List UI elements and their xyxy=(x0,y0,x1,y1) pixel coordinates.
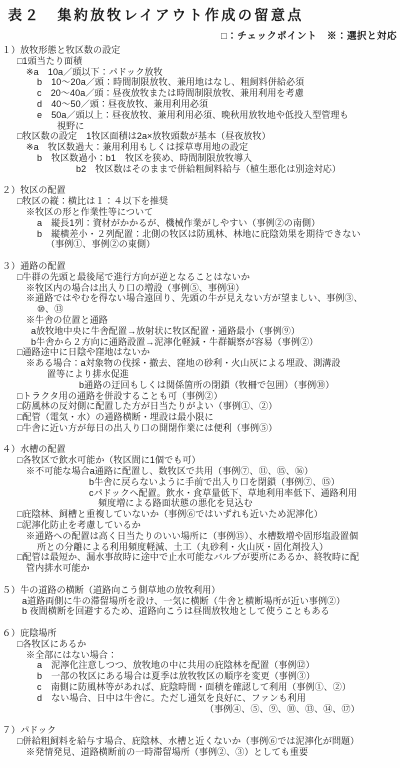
spacer xyxy=(0,617,400,628)
option-line: ※不可能な場合a通路に配置し、数牧区で共用（事例⑦、⑪、⑮、⑯） xyxy=(0,466,400,477)
checkpoint-line: □牛舎に近い方が毎日の出入り口の開閉作業には便利（事例⑤） xyxy=(0,423,400,434)
option-line: ※全部にはない場合： xyxy=(0,650,400,661)
checkpoint-line: □庇陰林、飼槽と重複していないか（事例⑥ではいずれも近いため泥濘化） xyxy=(0,509,400,520)
list-item-line: a放牧地中央に牛舎配置→放射状に牧区配置・通路最小（事例⑨） xyxy=(0,326,400,337)
section-heading: ５）牛の道路の横断（道路向こう側草地の放牧利用） xyxy=(0,585,400,596)
continuation-line: cパドックへ配置。飲水・食草量低下、草地利用率低下、通路利用 xyxy=(0,488,400,499)
checkpoint-line: □牧区数の設定 1牧区面積は2a×放牧頭数が基本（昼夜放牧） xyxy=(0,131,400,142)
option-line: ※通路への配置は高く日当たりのいい場所に（事例⑮）、水槽数増や固形塩設置個 xyxy=(0,531,400,542)
option-line: ※a 牧区数過大：兼用利用もしくは採草専用地の設定 xyxy=(0,142,400,153)
option-line: ※通路ではやむを得ない場合遠回り、先頭の牛が見えない方が望ましい、事例③、 xyxy=(0,293,400,304)
continuation-line: 管内排水可能か xyxy=(0,563,400,574)
spacer xyxy=(0,175,400,186)
continuation-line: 所との分離による利用頻度軽減、土工（丸砂利・火山灰・固化剤投入） xyxy=(0,542,400,553)
continuation-line: 視野に xyxy=(0,121,400,132)
list-item-line: a 泥濘化注意しつつ、放牧地の中に共用の庇陰林を配置（事例⑫） xyxy=(0,660,400,671)
continuation-line: 置等により排水促進 xyxy=(0,369,400,380)
document-lines: １）放牧形態と牧区数の設定□1頭当たり面積※a 10a／頭以下：パドック放牧b … xyxy=(0,45,400,758)
section-heading: １）放牧形態と牧区数の設定 xyxy=(0,45,400,56)
continuation-line: b牛舎に戻らないように手前で出入り口を閉鎖（事例⑦、⑮） xyxy=(0,477,400,488)
section-heading: ２）牧区の配置 xyxy=(0,185,400,196)
checkpoint-line: □各牧区にあるか xyxy=(0,639,400,650)
list-item-line: d ない場合、日中は牛舎に。ただし通気を良好に、ファンも利用 xyxy=(0,693,400,704)
continuation-line: （事例①、事例②の東側） xyxy=(0,239,400,250)
spacer xyxy=(0,574,400,585)
checkpoint-line: □配管（電気・水）の通路横断・埋設は最小限に xyxy=(0,412,400,423)
spacer xyxy=(0,250,400,261)
list-item-line: b 牧区数過小：b1 牧区を狭め、時間制限放牧導入 xyxy=(0,153,400,164)
list-item-line: b 夜間横断を回避するため、道路向こうは昼間放牧地として使うこともある xyxy=(0,606,400,617)
checkpoint-line: □通路途中に日陰や窪地はないか xyxy=(0,347,400,358)
option-line: ※a 10a／頭以下：パドック放牧 xyxy=(0,67,400,78)
option-line: ※牧区内の場合は出入り口の増設（事例⑤、事例⑭） xyxy=(0,283,400,294)
checkpoint-line: □牧区の縦：横比は１：４以下を推奨 xyxy=(0,196,400,207)
list-item-line: d 40～50／頭：昼夜放牧、兼用利用必須 xyxy=(0,99,400,110)
checkpoint-line: □各牧区で飲水可能か（牧区間に1個でも可） xyxy=(0,455,400,466)
list-item-line: b牛舎から２方向に通路設置→泥濘化軽減・牛群観察が容易（事例②） xyxy=(0,337,400,348)
section-heading: ６）庇陰場所 xyxy=(0,628,400,639)
list-item-line: e 50a／頭以上：昼夜放牧、兼用利用必須、晩秋用放牧地や低投入型管理も xyxy=(0,110,400,121)
list-item-line: b 10～20a／頭：時間制限放牧、兼用地はなし、粗飼料併給必須 xyxy=(0,77,400,88)
option-line: ※ある場合：a対象物の伐採・撤去、窪地の砂利・火山灰による埋設、測溝設 xyxy=(0,358,400,369)
section-heading: ４）水槽の配置 xyxy=(0,444,400,455)
list-item-line: a道路両側に牛の滞留場所を設け、一気に横断（牛舎と横断場所が近い事例②） xyxy=(0,596,400,607)
option-line: ※牛舎の位置と通路 xyxy=(0,315,400,326)
section-heading: ３）通路の配置 xyxy=(0,261,400,272)
continuation-line: b2 牧区数はそのままで併給粗飼料給与（植生悪化は別途対応） xyxy=(0,164,400,175)
checkpoint-line: □トラクタ用の通路を併設することも可（事例②） xyxy=(0,391,400,402)
checkpoint-line: □1頭当たり面積 xyxy=(0,56,400,67)
checkpoint-line: □配管は最短か、漏水事故時に途中で止水可能なバルブが要所にあるか、終牧時に配 xyxy=(0,552,400,563)
continuation-line: 頻度増による路面状態の悪化を見込む xyxy=(0,498,400,509)
list-item-line: c 20～40a／頭：昼夜放牧または時間制限放牧、兼用利用を考慮 xyxy=(0,88,400,99)
spacer xyxy=(0,714,400,725)
checkpoint-line: □防風林の反対側に配置した方が日当たりがよい（事例①、②） xyxy=(0,401,400,412)
continuation-line: （事例④、⑤、⑨、⑩、⑬、⑭、⑰） xyxy=(0,704,400,715)
section-heading: ７）パドック xyxy=(0,725,400,736)
continuation-line: b通路の迂回もしくは関係箇所の閉鎖（牧柵で包囲）（事例⑩） xyxy=(0,380,400,391)
continuation-line: ⑩、⑬ xyxy=(0,304,400,315)
list-item-line: b 縦横差小・２列配置：北側の牧区は防風林、林地に庇陰効果を期待できない xyxy=(0,229,400,240)
option-line: ※発情発見、道路横断前の一時滞留場所（事例②、③）としても重要 xyxy=(0,747,400,758)
option-line: ※牧区の形と作業性等について xyxy=(0,207,400,218)
spacer xyxy=(0,434,400,445)
document-title: 表２ 集約放牧レイアウト作成の留意点 xyxy=(0,0,400,25)
checkpoint-line: □併給粗飼料を給与す場合、庇陰林、水槽と近くないか（事例⑥では泥濘化が問題） xyxy=(0,736,400,747)
list-item-line: a 縦長1列：資材がかかるが、機械作業がしやすい（事例②の南側） xyxy=(0,218,400,229)
document-page: 表２ 集約放牧レイアウト作成の留意点 □：チェックポイント ※：選択と対応 １）… xyxy=(0,0,400,768)
list-item-line: c 南側に防風林等があれば、庇陰時間・面積を確認して利用（事例①、②） xyxy=(0,682,400,693)
checkpoint-line: □牛群の先頭と最後尾で進行方向が逆となることはないか xyxy=(0,272,400,283)
checkpoint-line: □泥濘化防止を考慮しているか xyxy=(0,520,400,531)
list-item-line: b 一部の牧区にある場合は夏季は放牧牧区の順序を変更（事例③） xyxy=(0,671,400,682)
legend-note: □：チェックポイント ※：選択と対応 xyxy=(0,25,400,42)
